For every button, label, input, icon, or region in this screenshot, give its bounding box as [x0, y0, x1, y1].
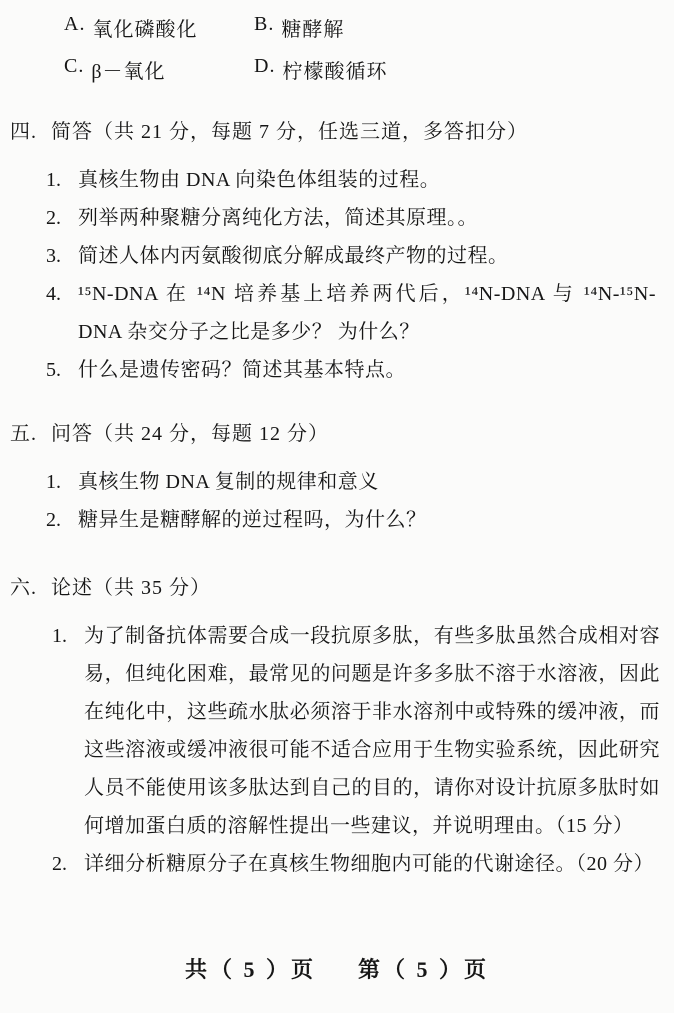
question-item: 2. 列举两种聚糖分离纯化方法，简述其原理。。 — [46, 199, 656, 237]
option-c-text: β－氧化 — [91, 55, 165, 84]
question-number: 2. — [46, 199, 78, 237]
total-pages-label: 共（ 5 ）页 — [185, 953, 316, 984]
section-number: 四. — [10, 113, 37, 151]
question-number: 1. — [46, 161, 78, 199]
page-footer: 共（ 5 ）页 第（ 5 ）页 — [0, 953, 674, 984]
section-number: 五. — [10, 415, 37, 453]
option-d-label: D. — [254, 55, 275, 84]
option-b-label: B. — [254, 13, 274, 42]
question-list: 1. 为了制备抗体需要合成一段抗原多肽，有些多肽虽然合成相对容易，但纯化困难，最… — [52, 617, 660, 883]
question-number: 4. — [46, 275, 78, 351]
section-short-answer: 四. 简答（共 21 分，每题 7 分，任选三道，多答扣分） 1. 真核生物由 … — [0, 113, 674, 389]
question-number: 5. — [46, 351, 78, 389]
question-text: 列举两种聚糖分离纯化方法，简述其原理。。 — [78, 199, 656, 237]
section-heading: 六. 论述（共 35 分） — [10, 569, 674, 607]
option-row-2: C. β－氧化 D. 柠檬酸循环 — [64, 55, 674, 97]
section-title: 论述（共 35 分） — [51, 569, 211, 607]
question-list: 1. 真核生物 DNA 复制的规律和意义 2. 糖异生是糖酵解的逆过程吗，为什么… — [46, 463, 656, 539]
question-text: 详细分析糖原分子在真核生物细胞内可能的代谢途径。（20 分） — [84, 845, 660, 883]
exam-page: A. 氧化磷酸化 B. 糖酵解 C. β－氧化 D. 柠檬酸循环 四. 简答（共… — [0, 0, 674, 1013]
section-number: 六. — [10, 569, 37, 607]
question-number: 1. — [52, 617, 84, 845]
section-essay: 六. 论述（共 35 分） 1. 为了制备抗体需要合成一段抗原多肽，有些多肽虽然… — [0, 569, 674, 883]
option-a: A. 氧化磷酸化 — [64, 13, 254, 42]
option-row-1: A. 氧化磷酸化 B. 糖酵解 — [64, 13, 674, 55]
question-list: 1. 真核生物由 DNA 向染色体组装的过程。 2. 列举两种聚糖分离纯化方法，… — [46, 161, 656, 389]
section-title: 问答（共 24 分，每题 12 分） — [51, 415, 329, 453]
question-number: 2. — [46, 501, 78, 539]
section-questions: 五. 问答（共 24 分，每题 12 分） 1. 真核生物 DNA 复制的规律和… — [0, 415, 674, 539]
section-heading: 五. 问答（共 24 分，每题 12 分） — [10, 415, 674, 453]
question-item: 2. 糖异生是糖酵解的逆过程吗，为什么？ — [46, 501, 656, 539]
question-item: 1. 为了制备抗体需要合成一段抗原多肽，有些多肽虽然合成相对容易，但纯化困难，最… — [52, 617, 660, 845]
question-item: 5. 什么是遗传密码？简述其基本特点。 — [46, 351, 656, 389]
question-item: 4. ¹⁵N-DNA 在 ¹⁴N 培养基上培养两代后，¹⁴N-DNA 与 ¹⁴N… — [46, 275, 656, 351]
question-item: 1. 真核生物 DNA 复制的规律和意义 — [46, 463, 656, 501]
question-number: 3. — [46, 237, 78, 275]
option-d-text: 柠檬酸循环 — [282, 55, 387, 84]
question-item: 3. 简述人体内丙氨酸彻底分解成最终产物的过程。 — [46, 237, 656, 275]
option-d: D. 柠檬酸循环 — [254, 55, 387, 84]
question-number: 1. — [46, 463, 78, 501]
question-text: 简述人体内丙氨酸彻底分解成最终产物的过程。 — [78, 237, 656, 275]
current-page-label: 第（ 5 ）页 — [358, 953, 489, 984]
option-c-label: C. — [64, 55, 84, 84]
choice-options: A. 氧化磷酸化 B. 糖酵解 C. β－氧化 D. 柠檬酸循环 — [0, 0, 674, 97]
question-item: 2. 详细分析糖原分子在真核生物细胞内可能的代谢途径。（20 分） — [52, 845, 660, 883]
option-b: B. 糖酵解 — [254, 13, 344, 42]
question-text: 为了制备抗体需要合成一段抗原多肽，有些多肽虽然合成相对容易，但纯化困难，最常见的… — [84, 617, 660, 845]
section-title: 简答（共 21 分，每题 7 分，任选三道，多答扣分） — [51, 113, 528, 151]
question-text: 糖异生是糖酵解的逆过程吗，为什么？ — [78, 501, 656, 539]
option-c: C. β－氧化 — [64, 55, 254, 84]
question-text: 真核生物由 DNA 向染色体组装的过程。 — [78, 161, 656, 199]
option-a-label: A. — [64, 13, 85, 42]
question-text: 真核生物 DNA 复制的规律和意义 — [78, 463, 656, 501]
question-number: 2. — [52, 845, 84, 883]
option-a-text: 氧化磷酸化 — [92, 13, 197, 42]
question-text: 什么是遗传密码？简述其基本特点。 — [78, 351, 656, 389]
option-b-text: 糖酵解 — [281, 13, 344, 42]
question-text: ¹⁵N-DNA 在 ¹⁴N 培养基上培养两代后，¹⁴N-DNA 与 ¹⁴N-¹⁵… — [78, 275, 656, 351]
section-heading: 四. 简答（共 21 分，每题 7 分，任选三道，多答扣分） — [10, 113, 674, 151]
question-item: 1. 真核生物由 DNA 向染色体组装的过程。 — [46, 161, 656, 199]
